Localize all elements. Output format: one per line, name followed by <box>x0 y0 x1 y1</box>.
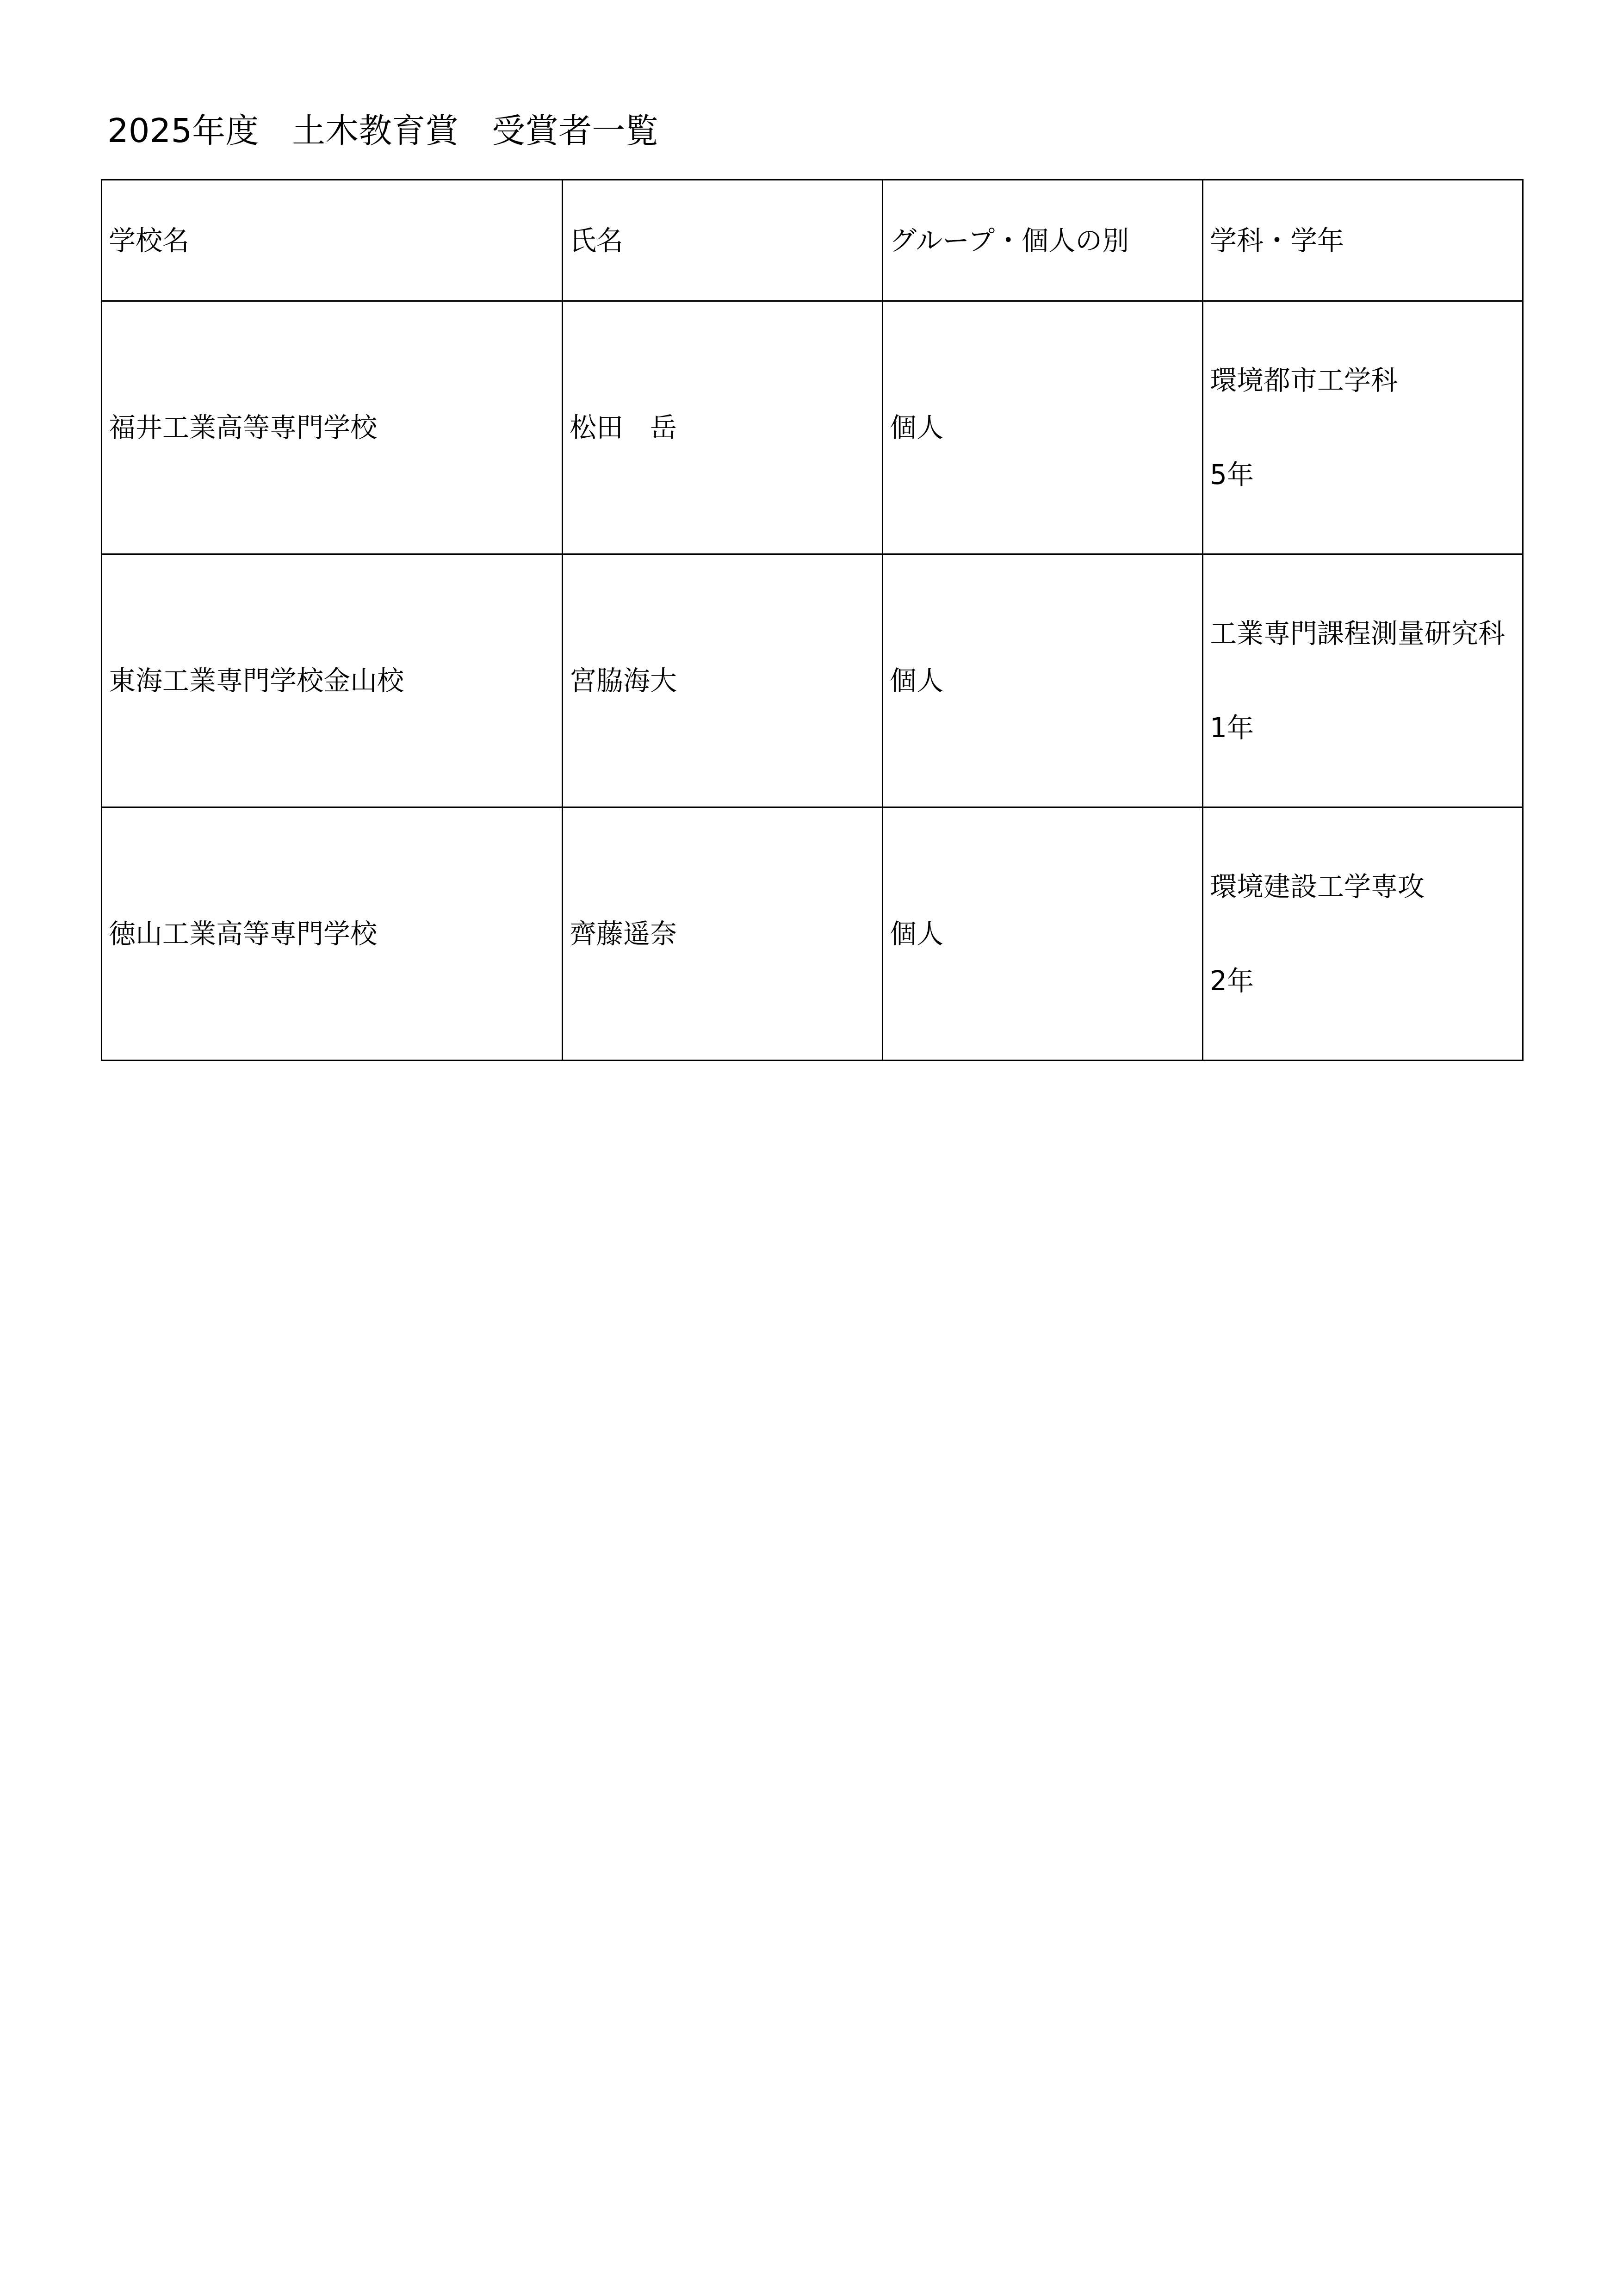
table-row: 徳山工業高等専門学校 齊藤遥奈 個人 環境建設工学専攻 2年 <box>102 807 1523 1061</box>
department-text: 環境建設工学専攻 <box>1210 871 1522 902</box>
cell-type: 個人 <box>883 554 1203 807</box>
grade-text: 5年 <box>1210 459 1522 490</box>
cell-type: 個人 <box>883 301 1203 554</box>
cell-school: 東海工業専門学校金山校 <box>102 554 563 807</box>
cell-type: 個人 <box>883 807 1203 1061</box>
header-school: 学校名 <box>102 180 563 301</box>
cell-name: 齊藤遥奈 <box>563 807 883 1061</box>
cell-department-grade: 環境都市工学科 5年 <box>1203 301 1523 554</box>
table-row: 東海工業専門学校金山校 宮脇海大 個人 工業専門課程測量研究科 1年 <box>102 554 1523 807</box>
grade-text: 1年 <box>1210 712 1522 744</box>
table-header-row: 学校名 氏名 グループ・個人の別 学科・学年 <box>102 180 1523 301</box>
grade-text: 2年 <box>1210 965 1522 997</box>
department-text: 工業専門課程測量研究科 <box>1210 618 1522 649</box>
cell-department-grade: 環境建設工学専攻 2年 <box>1203 807 1523 1061</box>
cell-name: 松田 岳 <box>563 301 883 554</box>
department-text: 環境都市工学科 <box>1210 365 1522 396</box>
cell-school: 福井工業高等専門学校 <box>102 301 563 554</box>
table-row: 福井工業高等専門学校 松田 岳 個人 環境都市工学科 5年 <box>102 301 1523 554</box>
awardees-table: 学校名 氏名 グループ・個人の別 学科・学年 福井工業高等専門学校 松田 岳 個… <box>101 179 1524 1061</box>
cell-school: 徳山工業高等専門学校 <box>102 807 563 1061</box>
cell-department-grade: 工業専門課程測量研究科 1年 <box>1203 554 1523 807</box>
header-name: 氏名 <box>563 180 883 301</box>
header-department-grade: 学科・学年 <box>1203 180 1523 301</box>
header-group-or-individual: グループ・個人の別 <box>883 180 1203 301</box>
page-title: 2025年度 土木教育賞 受賞者一覧 <box>107 107 658 154</box>
cell-name: 宮脇海大 <box>563 554 883 807</box>
